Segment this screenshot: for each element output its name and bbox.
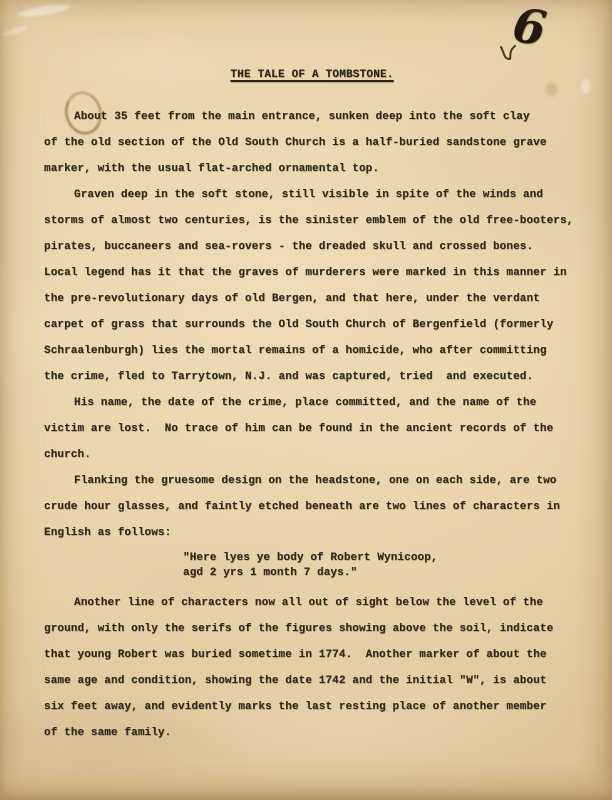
typed-line: the crime, fled to Tarrytown, N.J. and w… [44, 364, 580, 390]
typed-line: Flanking the gruesome design on the head… [44, 468, 580, 494]
typed-line: ground, with only the serifs of the figu… [44, 616, 580, 642]
typed-line: Schraalenburgh) lies the mortal remains … [44, 338, 580, 364]
typed-line: same age and condition, showing the date… [44, 668, 580, 694]
paper-tear-mark [2, 24, 28, 39]
typed-line: of the old section of the Old South Chur… [44, 130, 580, 156]
page-title: THE TALE OF A TOMBSTONE. [44, 62, 580, 88]
typed-line: storms of almost two centuries, is the s… [44, 208, 580, 234]
typed-line: Another line of characters now all out o… [44, 590, 580, 616]
typed-line: agd 2 yrs 1 month 7 days." [183, 566, 580, 581]
typed-text-block: About 35 feet from the main entrance, su… [44, 104, 580, 746]
typed-line: pirates, buccaneers and sea-rovers - the… [44, 234, 580, 260]
typed-line: crude hour glasses, and faintly etched b… [44, 494, 580, 520]
typed-line: About 35 feet from the main entrance, su… [44, 104, 580, 130]
typed-text-area: THE TALE OF A TOMBSTONE. About 35 feet f… [44, 0, 580, 746]
typed-line: six feet away, and evidently marks the l… [44, 694, 580, 720]
typed-line: church. [44, 442, 580, 468]
typed-line: victim are lost. No trace of him can be … [44, 416, 580, 442]
typed-line: the pre-revolutionary days of old Bergen… [44, 286, 580, 312]
typed-line: that young Robert was buried sometime in… [44, 642, 580, 668]
typed-line: marker, with the usual flat-arched ornam… [44, 156, 580, 182]
typed-line: "Here lyes ye body of Robert Wynicoop, [183, 551, 580, 566]
typed-line: of the same family. [44, 720, 580, 746]
paper-damage-spot [581, 79, 591, 94]
typed-line: Graven deep in the soft stone, still vis… [44, 182, 580, 208]
typed-line: His name, the date of the crime, place c… [44, 390, 580, 416]
typed-line: carpet of grass that surrounds the Old S… [44, 312, 580, 338]
typed-line: English as follows: [44, 520, 580, 546]
scanned-document-page: 6 THE TALE OF A TOMBSTONE. About 35 feet… [0, 0, 612, 800]
typed-line: Local legend has it that the graves of m… [44, 260, 580, 286]
